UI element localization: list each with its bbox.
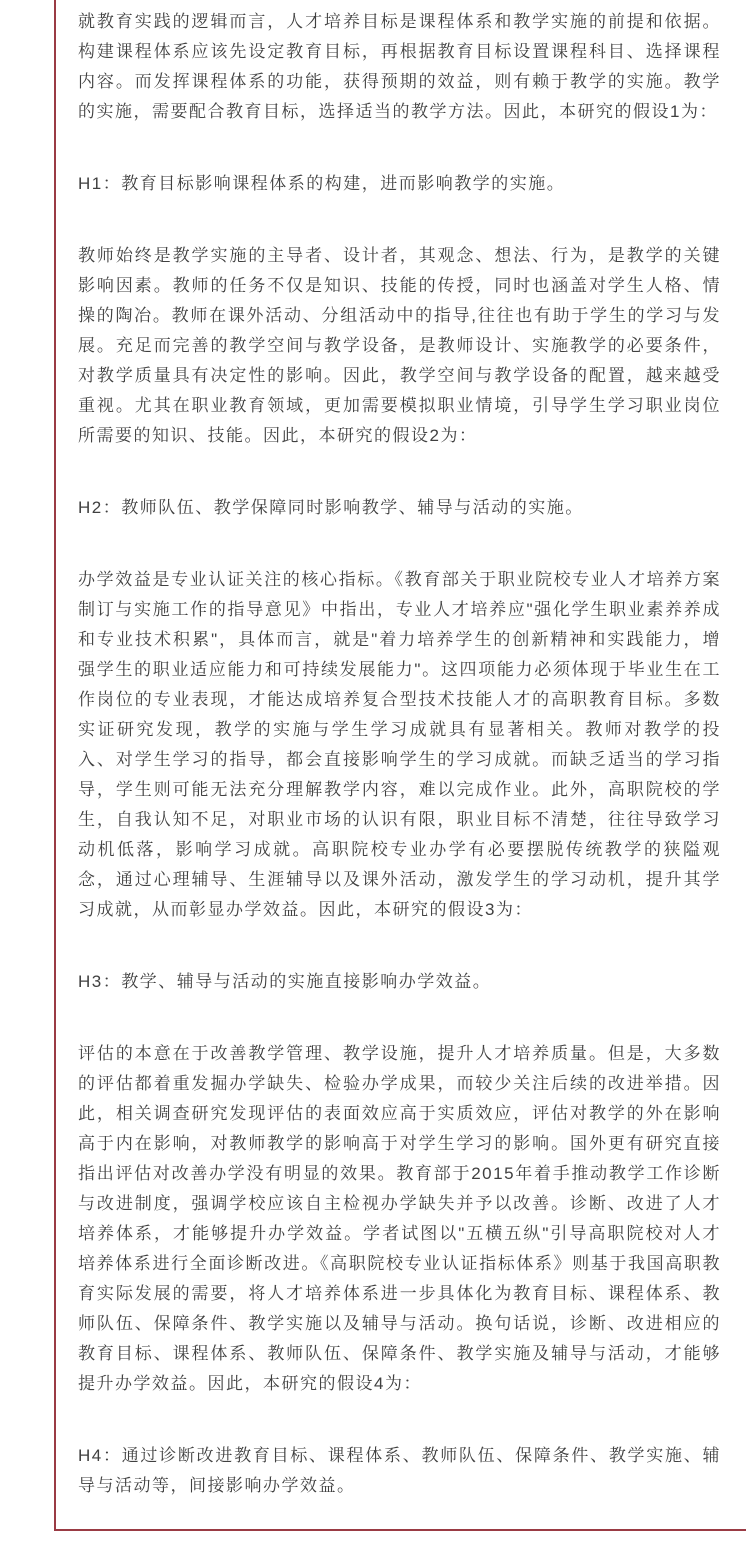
paragraph-intro-h3: 办学效益是专业认证关注的核心指标。《教育部关于职业院校专业人才培养方案制订与实施… <box>78 565 721 925</box>
hypothesis-h3: H3：教学、辅导与活动的实施直接影响办学效益。 <box>78 967 721 997</box>
paragraph-intro-h2: 教师始终是教学实施的主导者、设计者，其观念、想法、行为，是教学的关键影响因素。教… <box>78 241 721 451</box>
hypothesis-h2: H2：教师队伍、教学保障同时影响教学、辅导与活动的实施。 <box>78 493 721 523</box>
hypothesis-h4: H4：通过诊断改进教育目标、课程体系、教师队伍、保障条件、教学实施、辅导与活动等… <box>78 1441 721 1501</box>
paragraph-intro-h1: 就教育实践的逻辑而言，人才培养目标是课程体系和教学实施的前提和依据。构建课程体系… <box>78 7 721 127</box>
paragraph-intro-h4: 评估的本意在于改善教学管理、教学设施，提升人才培养质量。但是，大多数的评估都着重… <box>78 1039 721 1399</box>
article-panel: 就教育实践的逻辑而言，人才培养目标是课程体系和教学实施的前提和依据。构建课程体系… <box>54 0 746 1531</box>
hypothesis-h1: H1：教育目标影响课程体系的构建，进而影响教学的实施。 <box>78 169 721 199</box>
